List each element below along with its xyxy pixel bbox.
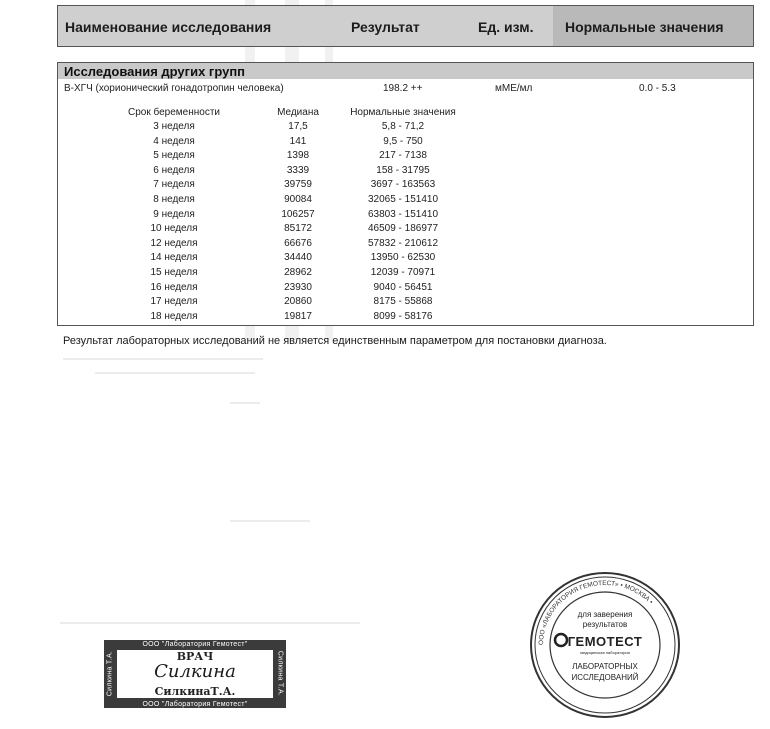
header-result: Результат <box>351 19 420 35</box>
median-value: 34440 <box>253 252 343 263</box>
reference-row: 3 неделя17,55,8 - 71,2 <box>58 121 753 135</box>
bleed-through <box>95 372 255 374</box>
median-value: 28962 <box>253 267 343 278</box>
results-section: Исследования других групп B-ХГЧ (хориони… <box>57 62 754 326</box>
reference-row: 6 неделя3339158 - 31795 <box>58 165 753 179</box>
normal-range: 63803 - 151410 <box>348 209 458 220</box>
header-normal-values: Нормальные значения <box>565 19 724 35</box>
gestation-week: 7 неделя <box>118 179 230 190</box>
bleed-through <box>230 402 260 404</box>
normal-range: 217 - 7138 <box>348 150 458 161</box>
gestation-week: 3 неделя <box>118 121 230 132</box>
gestation-week: 9 неделя <box>118 209 230 220</box>
test-normal-range: 0.0 - 5.3 <box>639 83 676 94</box>
seal-brand: ГЕМОТЕСТ <box>527 634 683 649</box>
reference-row: 5 неделя1398217 - 7138 <box>58 150 753 164</box>
stamp-org-bottom: ООО "Лаборатория Гемотест" <box>104 701 286 708</box>
gestation-week: 4 неделя <box>118 136 230 147</box>
header-test-name: Наименование исследования <box>65 19 271 35</box>
reference-row: 4 неделя1419,5 - 750 <box>58 136 753 150</box>
gestation-week: 17 неделя <box>118 296 230 307</box>
header-median: Медиана <box>253 107 343 118</box>
test-result: 198.2 ++ <box>383 83 422 94</box>
reference-row: 17 неделя208608175 - 55868 <box>58 296 753 310</box>
bleed-through <box>63 358 263 360</box>
median-value: 66676 <box>253 238 343 249</box>
median-value: 19817 <box>253 311 343 322</box>
test-name: B-ХГЧ (хорионический гонадотропин челове… <box>64 83 284 94</box>
median-value: 85172 <box>253 223 343 234</box>
group-title: Исследования других групп <box>64 64 245 79</box>
doctor-name: СилкинаТ.А. <box>117 685 273 698</box>
median-value: 90084 <box>253 194 343 205</box>
seal-line2: результатов <box>527 620 683 629</box>
median-value: 106257 <box>253 209 343 220</box>
lab-seal: ООО «ЛАБОРАТОРИЯ ГЕМОТЕСТ» • МОСКВА • дл… <box>527 570 683 720</box>
group-title-bar: Исследования других групп <box>58 63 753 79</box>
test-row: B-ХГЧ (хорионический гонадотропин челове… <box>58 83 753 97</box>
median-value: 23930 <box>253 282 343 293</box>
reference-row: 10 неделя8517246509 - 186977 <box>58 223 753 237</box>
bleed-through <box>60 622 360 624</box>
reference-row: 9 неделя10625763803 - 151410 <box>58 209 753 223</box>
stamp-side-right: Силкина Т.А. <box>277 646 284 702</box>
gestation-week: 15 неделя <box>118 267 230 278</box>
gestation-week: 6 неделя <box>118 165 230 176</box>
seal-line1: для заверения <box>527 610 683 619</box>
gestation-week: 14 неделя <box>118 252 230 263</box>
gestation-week: 8 неделя <box>118 194 230 205</box>
normal-range: 8175 - 55868 <box>348 296 458 307</box>
normal-range: 9,5 - 750 <box>348 136 458 147</box>
reference-row: 12 неделя6667657832 - 210612 <box>58 238 753 252</box>
normal-range: 9040 - 56451 <box>348 282 458 293</box>
reference-row: 8 неделя9008432065 - 151410 <box>58 194 753 208</box>
normal-range: 32065 - 151410 <box>348 194 458 205</box>
header-gestation: Срок беременности <box>118 107 230 118</box>
normal-range: 3697 - 163563 <box>348 179 458 190</box>
reference-row: 14 неделя3444013950 - 62530 <box>58 252 753 266</box>
header-range: Нормальные значения <box>348 107 458 118</box>
reference-row: 16 неделя239309040 - 56451 <box>58 282 753 296</box>
column-header: Наименование исследования Результат Ед. … <box>57 5 754 47</box>
reference-row: 7 неделя397593697 - 163563 <box>58 179 753 193</box>
seal-line4: ИССЛЕДОВАНИЙ <box>527 673 683 682</box>
stamp-inner: ВРАЧ Силкина СилкинаТ.А. <box>117 650 273 698</box>
stamp-org-top: ООО "Лаборатория Гемотест" <box>104 641 286 648</box>
median-value: 17,5 <box>253 121 343 132</box>
disclaimer: Результат лабораторных исследований не я… <box>63 335 607 347</box>
gestation-week: 5 неделя <box>118 150 230 161</box>
normal-range: 57832 - 210612 <box>348 238 458 249</box>
seal-line3: ЛАБОРАТОРНЫХ <box>527 662 683 671</box>
normal-range: 8099 - 58176 <box>348 311 458 322</box>
normal-range: 13950 - 62530 <box>348 252 458 263</box>
test-unit: мМЕ/мл <box>495 83 532 94</box>
normal-range: 5,8 - 71,2 <box>348 121 458 132</box>
median-value: 141 <box>253 136 343 147</box>
median-value: 39759 <box>253 179 343 190</box>
normal-range: 158 - 31795 <box>348 165 458 176</box>
median-value: 3339 <box>253 165 343 176</box>
normal-range: 12039 - 70971 <box>348 267 458 278</box>
bleed-through <box>230 520 310 522</box>
stamp-side-left: Силкина Т.А. <box>107 646 114 702</box>
header-unit: Ед. изм. <box>478 19 533 35</box>
doctor-stamp: ООО "Лаборатория Гемотест" ООО "Лаборато… <box>104 640 286 708</box>
gestation-week: 16 неделя <box>118 282 230 293</box>
median-value: 20860 <box>253 296 343 307</box>
reference-row: 15 неделя2896212039 - 70971 <box>58 267 753 281</box>
reference-table-header: Срок беременности Медиана Нормальные зна… <box>58 107 753 121</box>
gestation-week: 18 неделя <box>118 311 230 322</box>
gestation-week: 12 неделя <box>118 238 230 249</box>
normal-range: 46509 - 186977 <box>348 223 458 234</box>
median-value: 1398 <box>253 150 343 161</box>
reference-row: 18 неделя198178099 - 58176 <box>58 311 753 325</box>
seal-brand-sub: медицинская лаборатория <box>527 650 683 655</box>
doctor-signature: Силкина <box>117 661 273 682</box>
gestation-week: 10 неделя <box>118 223 230 234</box>
